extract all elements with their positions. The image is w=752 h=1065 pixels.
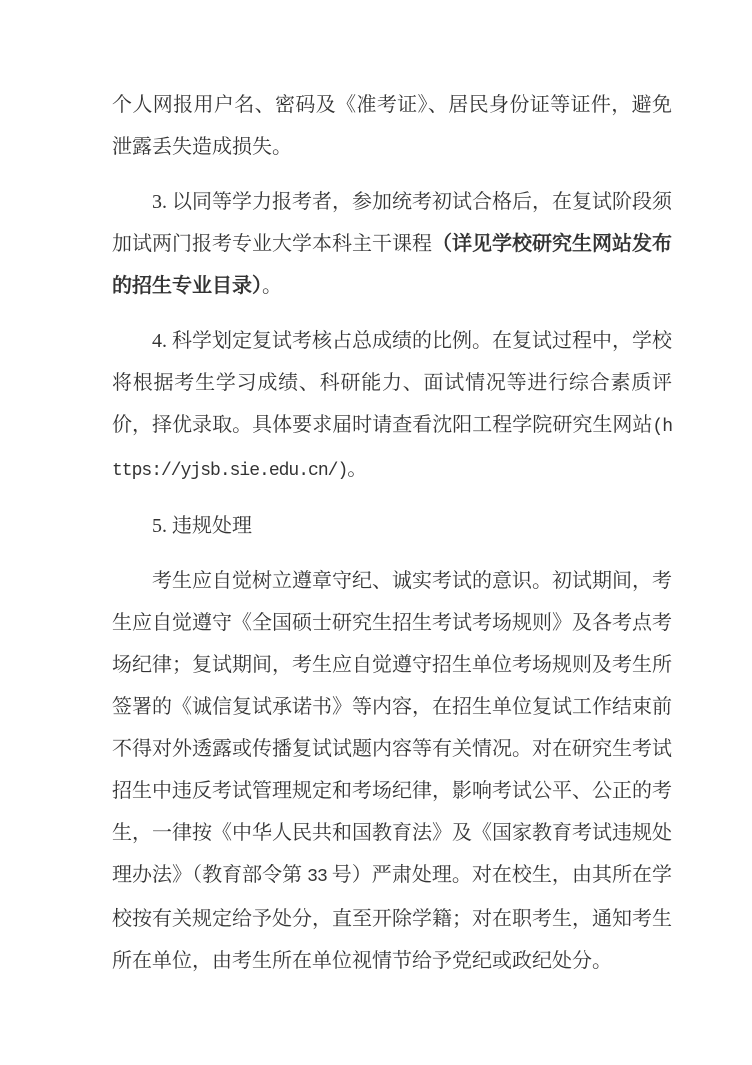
text-run: 考生应自觉树立遵章守纪、诚实考试的意识。初试期间，考生应自觉遵守《全国硕士研究生…: [112, 570, 672, 886]
text-run: 个人网报用户名、密码及《准考证》、居民身份证等证件，避免泄露丢失造成损失。: [112, 94, 672, 158]
paragraph-item-5-heading: 5. 违规处理: [112, 505, 672, 547]
paragraph-violation-handling-body: 考生应自觉树立遵章守纪、诚实考试的意识。初试期间，考生应自觉遵守《全国硕士研究生…: [112, 560, 672, 982]
text-run: 。: [347, 458, 367, 480]
text-run: 。: [262, 275, 282, 297]
text-run: 4. 科学划定复试考核占总成绩的比例。在复试过程中，学校将根据考生学习成绩、科研…: [112, 330, 672, 436]
text-run: 5. 违规处理: [152, 515, 252, 537]
document-page: 个人网报用户名、密码及《准考证》、居民身份证等证件，避免泄露丢失造成损失。3. …: [0, 0, 752, 1065]
paragraph-continuation: 个人网报用户名、密码及《准考证》、居民身份证等证件，避免泄露丢失造成损失。: [112, 84, 672, 168]
document-body: 个人网报用户名、密码及《准考证》、居民身份证等证件，避免泄露丢失造成损失。3. …: [112, 84, 672, 982]
paragraph-item-4: 4. 科学划定复试考核占总成绩的比例。在复试过程中，学校将根据考生学习成绩、科研…: [112, 320, 672, 492]
text-run: 33: [307, 867, 327, 887]
paragraph-item-3: 3. 以同等学力报考者，参加统考初试合格后，在复试阶段须加试两门报考专业大学本科…: [112, 181, 672, 307]
